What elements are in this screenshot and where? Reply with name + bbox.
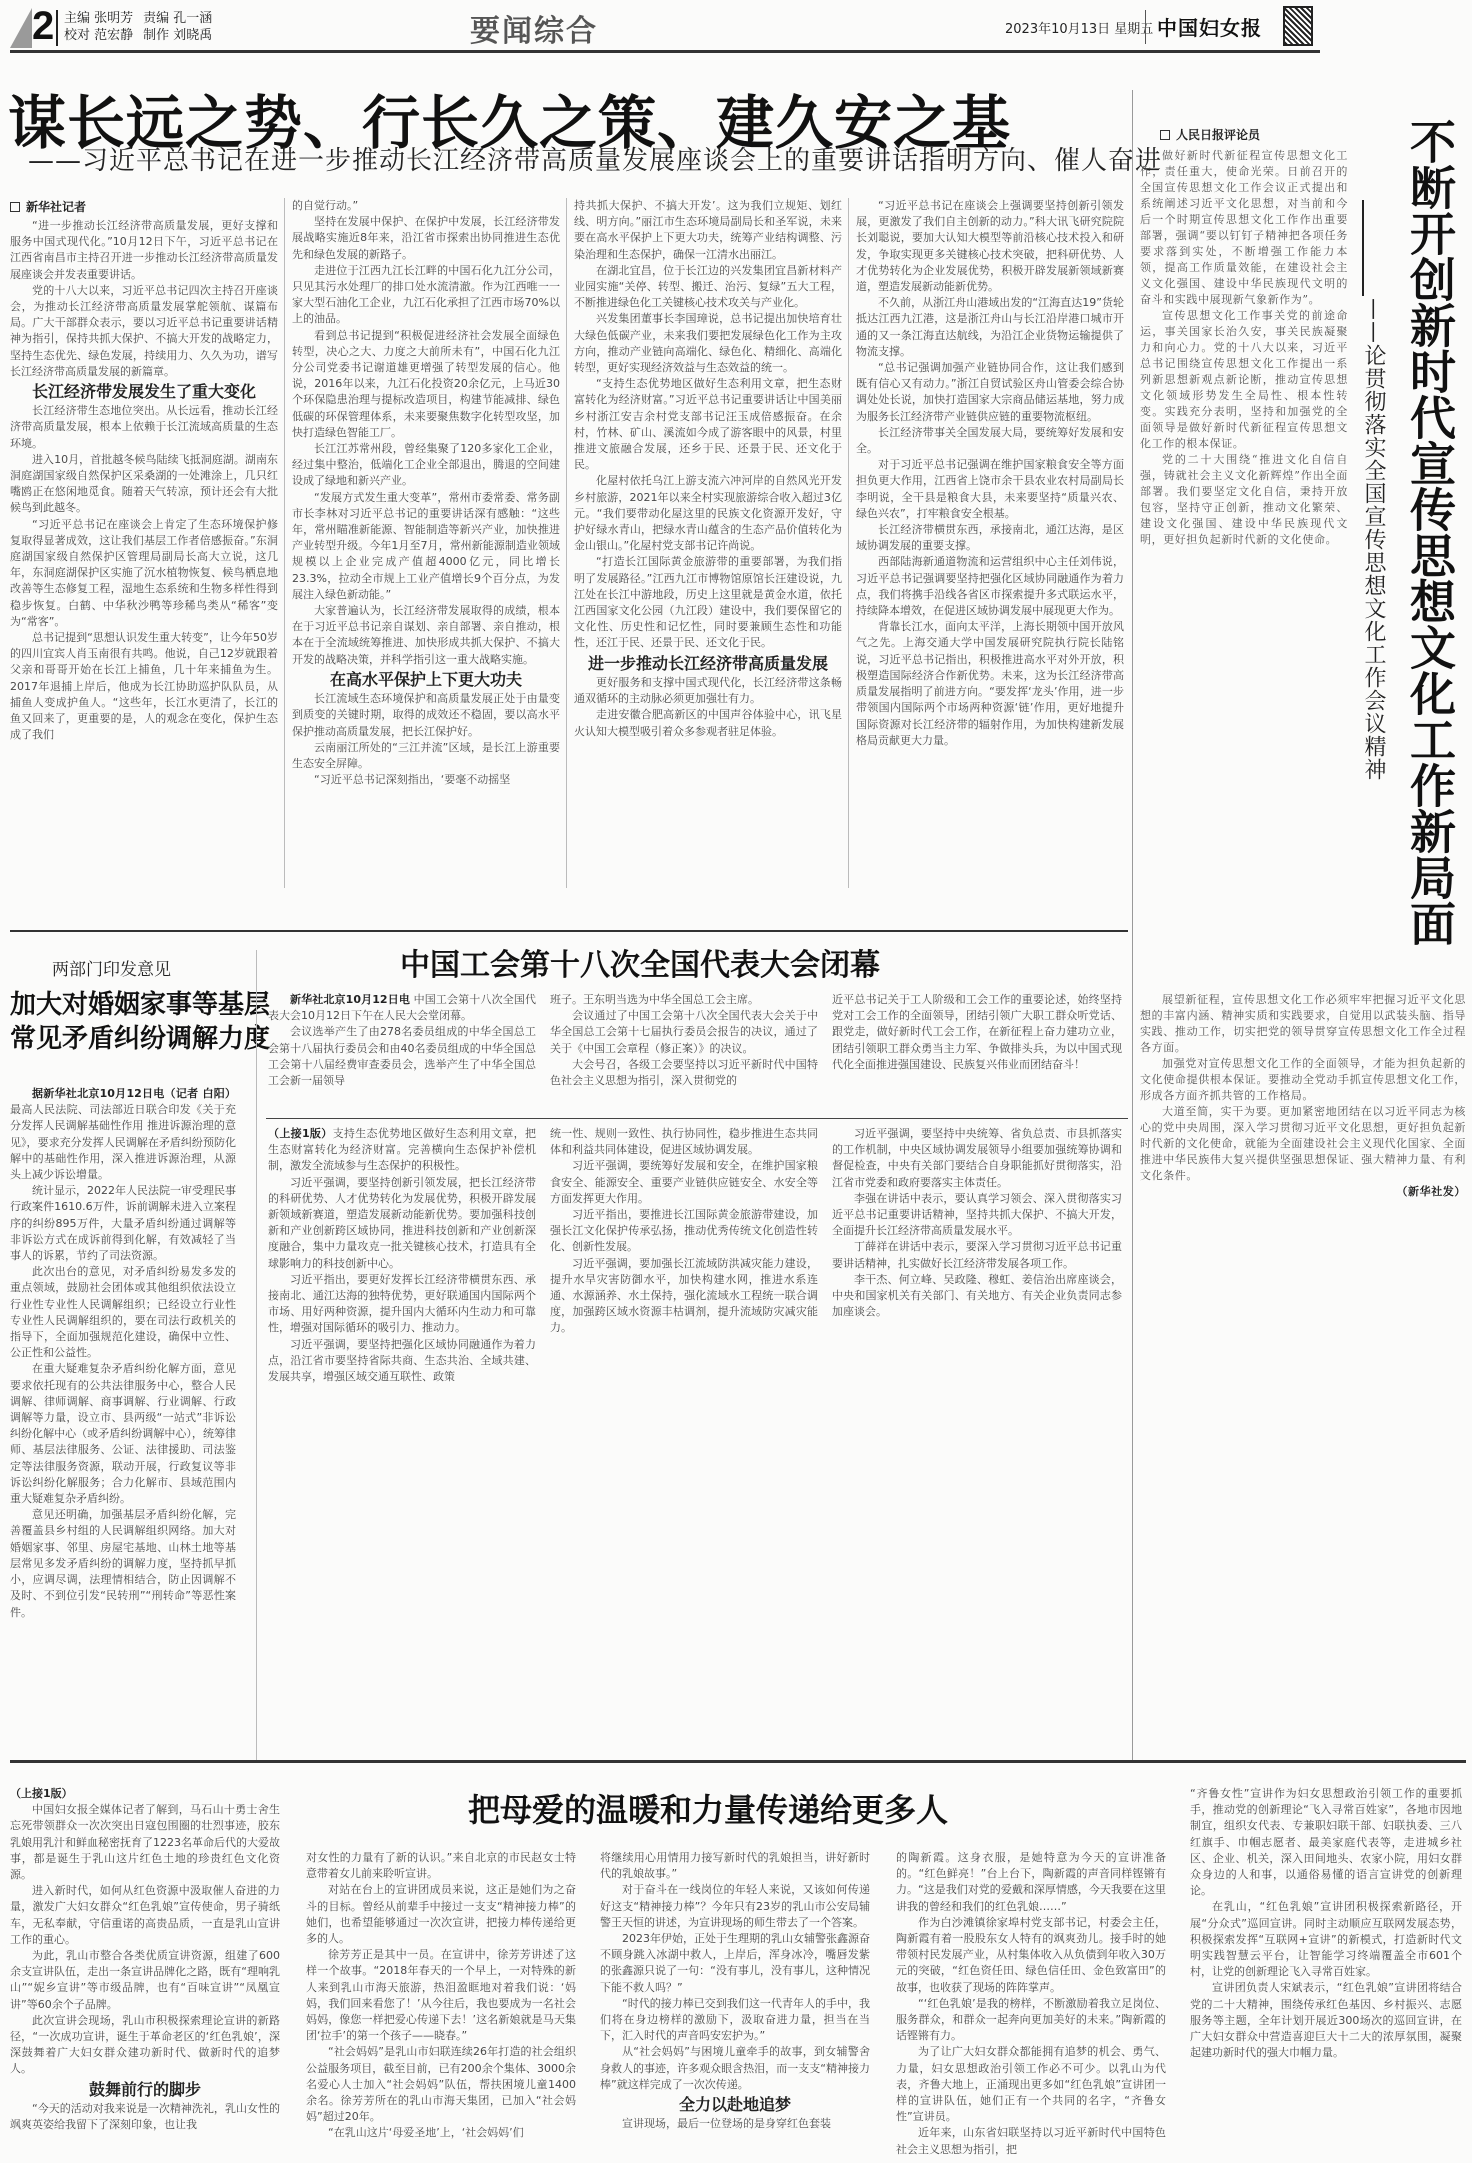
mediation-kicker: 两部门印发意见 [52,955,171,980]
paragraph: “打造长江国际黄金旅游带的重要部署，为我们指明了发展路径。”江西九江市博物馆原馆… [574,554,842,651]
lead-column-2: 的自觉行动。” 坚持在发展中保护、在保护中发展，长江经济带发展战略实施近8年来，… [292,198,560,888]
paragraph: 走进位于江西九江长江畔的中国石化九江分公司，只见其污水处理厂的排口处水流清澈。作… [292,263,560,328]
staff-credits: 主编 张明芳责编 孔一涵 校对 范宏静制作 刘晓禹 [64,10,324,44]
paragraph: 此次宣讲会现场，乳山市积极探索理论宣讲的新路径，“一次成功宣讲，诞生于革命老区的… [10,2013,280,2078]
paragraph: 做好新时代新征程宣传思想文化工作，责任重大，使命光荣。日前召开的全国宣传思想文化… [1140,148,1348,308]
union-column-1: 新华社北京10月12日电 中国工会第十八次全国代表大会10月12日下午在人民大会… [268,992,536,1112]
subtitle-dash [1362,200,1364,296]
paragraph: “总书记强调加强产业链协同合作，这让我们感到既有信心又有动力。”浙江自贸试验区舟… [856,360,1124,425]
paragraph: 宣讲现场，最后一位登场的是身穿红色套装 [600,2116,870,2132]
paragraph: 对于习近平总书记强调在维护国家粮食安全等方面担负更大作用，江西省上饶市余干县农业… [856,457,1124,522]
women-column-5: “齐鲁女性”宣讲作为妇女思想政治引领工作的重要抓手，推动党的创新理论“飞入寻常百… [1190,1786,1462,2163]
women-column-1: （上接1版） 中国妇女报全媒体记者了解到，马石山十勇士舍生忘死带领群众一次次突出… [10,1786,280,2163]
paragraph: 会议选举产生了由278名委员组成的中华全国总工会第十八届执行委员会和由40名委员… [268,1024,536,1089]
section-subhead: 全力以赴地追梦 [600,2097,870,2113]
page-number-badge: 2 [10,8,54,48]
paragraph: “发展方式发生重大变革”，常州市委常委、常务副市长李林对习近平总书记的重要讲话深… [292,490,560,603]
paragraph: “社会妈妈”是乳山市妇联连续26年打造的社会组织公益服务项目，截至目前，已有20… [306,2044,576,2125]
paragraph: 习近平强调，要统筹好发展和安全，在维护国家粮食安全、能源安全、重要产业链供应链安… [550,1158,818,1207]
lead-column-4: “习近平总书记在座谈会上强调要坚持创新引领发展，更激发了我们自主创新的动力。”科… [856,198,1124,888]
paragraph: 丁薛祥在讲话中表示，要深入学习贯彻习近平总书记重要讲话精神，扎实做好长江经济带发… [832,1239,1122,1271]
paragraph: 走进安徽合肥高新区的中国声谷体验中心，讯飞星火认知大模型吸引着众多参观者驻足体验… [574,707,842,739]
paragraph: 对站在台上的宣讲团成员来说，这正是她们为之奋斗的目标。曾经从前辈手中接过一支支“… [306,1882,576,1947]
lead-column-3: 持共抓大保护、不搞大开发’。这为我们立规矩、划红线、明方向。”丽江市生态环境局副… [574,198,842,888]
staff-producer: 制作 刘晓禹 [143,28,212,43]
paragraph: 持共抓大保护、不搞大开发’。这为我们立规矩、划红线、明方向。”丽江市生态环境局副… [574,198,842,263]
union-headline: 中国工会第十八次全国代表大会闭幕 [400,940,880,984]
paragraph: 习近平强调，要坚持创新引领发展，把长江经济带的科研优势、人才优势转化为发展优势，… [268,1175,536,1272]
paragraph: 展望新征程，宣传思想文化工作必须牢牢把握习近平文化思想的丰富内涵、精神实质和实践… [1140,992,1466,1056]
paragraph: 坚持在发展中保护、在保护中发展，长江经济带发展战略实施近8年来，沿江省市探索出协… [292,214,560,263]
continued-label: （上接1版） [10,1786,280,1802]
paragraph: “‘红色乳娘’是我的榜样，不断激励着我立足岗位、服务群众，和群众一起奔向更加美好… [896,1996,1166,2045]
section-subhead: 长江经济带发展发生了重大变化 [10,384,278,400]
section-rule [266,1118,1128,1119]
commentary-column-bottom: 展望新征程，宣传思想文化工作必须牢牢把握习近平文化思想的丰富内涵、精神实质和实践… [1140,992,1466,1712]
commentary-source: （新华社发） [1140,1184,1466,1200]
paragraph: “齐鲁女性”宣讲作为妇女思想政治引领工作的重要抓手，推动党的创新理论“飞入寻常百… [1190,1786,1462,1899]
paragraph: 加强党对宣传思想文化工作的全面领导，才能为担负起新的文化使命提供根本保证。要推动… [1140,1056,1466,1104]
paragraph: 班子。王东明当选为中华全国总工会主席。 [550,992,818,1008]
paragraph: 化屋村依托乌江上游支流六冲河岸的自然风光开发乡村旅游，2021年以来全村实现旅游… [574,473,842,554]
paragraph: 兴发集团董事长李国璋说，总书记提出加快培育壮大绿色低碳产业，未来我们要把发展绿色… [574,311,842,376]
paragraph: 在湖北宜昌，位于长江边的兴发集团宜昌新材料产业园实施“关停、转型、搬迁、治污、复… [574,263,842,312]
paragraph: 会议通过了中国工会第十八次全国代表大会关于中华全国总工会第十七届执行委员会报告的… [550,1008,818,1057]
masthead: 2 主编 张明芳责编 孔一涵 校对 范宏静制作 刘晓禹 要闻综合 2023年10… [0,0,1472,52]
paragraph: 看到总书记提到“积极促进经济社会发展全面绿色转型，决心之大、力度之大前所未有”，… [292,328,560,441]
commentary-title: 不断开创新时代宣传思想文化工作新局面 [1395,118,1459,946]
paragraph: 习近平强调，要坚持把强化区域协同融通作为着力点，沿江省市要坚持省际共商、生态共治… [268,1337,536,1386]
staff-editor-in-chief: 主编 张明芳 [64,11,133,26]
paragraph: 宣传思想文化工作事关党的前途命运，事关国家长治久安，事关民族凝聚力和向心力。党的… [1140,308,1348,452]
paragraph: “进一步推动长江经济带高质量发展，更好支撑和服务中国式现代化。”10月12日下午… [10,218,278,283]
mediation-headline: 加大对婚姻家事等基层 常见矛盾纠纷调解力度 [10,988,280,1056]
paragraph: 习近平指出，要更好发挥长江经济带横贯东西、承接南北、通江达海的独特优势，更好联通… [268,1272,536,1337]
paragraph: 背靠长江水，面向太平洋，上海长期领中国开放风气之先。上海交通大学中国发展研究院执… [856,619,1124,749]
paragraph: 习近平指出，要推进长江国际黄金旅游带建设，加强长江文化保护传承弘扬，推动优秀传统… [550,1207,818,1256]
paragraph: 此次出台的意见，对矛盾纠纷易发多发的重点领域，鼓励社会团体或其他组织依法设立行业… [10,1264,236,1361]
masthead-divider [1145,10,1146,44]
paragraph: 党的十八大以来，习近平总书记四次主持召开座谈会，为推动长江经济带高质量发展掌舵领… [10,283,278,380]
continued-column-2: 统一性、规则一致性、执行协同性，稳步推进生态共同体和利益共同体建设，促进区域协调… [550,1126,818,1758]
women-headline: 把母爱的温暖和力量传递给更多人 [468,1785,948,1831]
paragraph: 党的二十大围绕“推进文化自信自强，铸就社会主义文化新辉煌”作出全面部署。我们要坚… [1140,452,1348,548]
paragraph: 李干杰、何立峰、吴政隆、穆虹、姜信治出席座谈会，中央和国家机关有关部门、有关地方… [832,1272,1122,1321]
paragraph: 长江江苏常州段，曾经集聚了120多家化工企业，经过集中整治，低端化工企业全部退出… [292,441,560,490]
paragraph: 对于奋斗在一线岗位的年轻人来说，又该如何传递好这支“精神接力棒”？今年只有23岁… [600,1882,870,1931]
byline-text: 新华社记者 [26,200,86,214]
paragraph: 最高人民法院、司法部近日联合印发《关于充分发挥人民调解基础性作用 推进诉源治理的… [10,1103,236,1181]
paragraph: 意见还明确，加强基层矛盾纠纷化解，完善覆盖县乡村组的人民调解组织网络。加大对婚姻… [10,1507,236,1620]
page-corner-decoration [10,8,32,48]
women-column-3: 将继续用心用情用力接写新时代的乳娘担当，讲好新时代的乳娘故事。” 对于奋斗在一线… [600,1850,870,2163]
union-dateline: 新华社北京10月12日电 [290,993,410,1006]
paragraph: 的陶新霞。这身衣服，是她特意为今天的宣讲准备的。“红色鲜亮！”台上台下，陶新霞的… [896,1850,1166,1915]
paragraph: 西部陆海新通道物流和运营组织中心主任刘伟说，习近平总书记强调要坚持把强化区域协同… [856,554,1124,619]
byline-box-icon [1160,130,1170,140]
commentary-column-top: 做好新时代新征程宣传思想文化工作，责任重大，使命光荣。日前召开的全国宣传思想文化… [1140,148,1348,988]
mediation-dateline: 据新华社北京10月12日电（记者 白阳） [32,1087,236,1100]
paragraph: “支持生态优势地区做好生态利用文章，把生态财富转化为经济财富。”习近平总书记重要… [574,376,842,473]
paragraph: 在重大疑难复杂矛盾纠纷化解方面，意见要求依托现有的公共法律服务中心，整合人民调解… [10,1361,236,1507]
issue-date: 2023年10月13日 星期五 [1005,18,1153,37]
mediation-body: 据新华社北京10月12日电（记者 白阳）最高人民法院、司法部近日联合印发《关于充… [10,1086,236,1756]
paragraph: 李强在讲话中表示，要认真学习领会、深入贯彻落实习近平总书记重要讲话精神，坚持共抓… [832,1191,1122,1240]
paragraph: 大会号召，各级工会要坚持以习近平新时代中国特色社会主义思想为指引，深入贯彻党的 [550,1057,818,1089]
section-rule [10,930,1128,932]
paragraph: 大家普遍认为，长江经济带发展取得的成绩，根本在于习近平总书记亲自谋划、亲自部署、… [292,603,560,668]
paragraph: 大道至简，实干为要。更加紧密地团结在以习近平同志为核心的党中央周围，深入学习贯彻… [1140,1104,1466,1184]
women-column-4: 的陶新霞。这身衣服，是她特意为今天的宣讲准备的。“红色鲜亮！”台上台下，陶新霞的… [896,1850,1166,2163]
paragraph: “时代的接力棒已交到我们这一代青年人的手中，我们将在身边榜样的激励下，汲取奋进力… [600,1996,870,2045]
continued-column-1: （上接1版）支持生态优势地区做好生态利用文章，把生态财富转化为经济财富。完善横向… [268,1126,536,1758]
paragraph: 云南丽江所处的“三江并流”区域，是长江上游重要生态安全屏障。 [292,740,560,772]
paragraph: “习近平总书记在座谈会上强调要坚持创新引领发展，更激发了我们自主创新的动力。”科… [856,198,1124,295]
headline-line-2: 常见矛盾纠纷调解力度 [10,1022,280,1056]
paragraph: 更好服务和支撑中国式现代化，长江经济带这条畅通双循环的主动脉必须更加强壮有力。 [574,675,842,707]
qr-code-icon[interactable] [1283,6,1313,46]
paragraph: 对女性的力量有了新的认识。”来自北京的市民赵女士特意带着女儿前来聆听宣讲。 [306,1850,576,1882]
paragraph: 近年来，山东省妇联坚持以习近平新时代中国特色社会主义思想为指引，把 [896,2125,1166,2157]
paragraph: 长江流域生态环境保护和高质量发展正处于由量变到质变的关键时期，取得的成效还不稳固… [292,691,560,740]
paragraph: 长江经济带横贯东西，承接南北，通江达海，是区域协调发展的重要支撑。 [856,522,1124,554]
paragraph: 进入10月，首批越冬候鸟陆续飞抵洞庭湖。湖南东洞庭湖国家级自然保护区采桑湖的一处… [10,452,278,517]
paragraph: 为了让广大妇女群众都能拥有追梦的机会、勇气、力量，妇女思想政治引领工作必不可少。… [896,2044,1166,2125]
paragraph: 中国妇女报全媒体记者了解到，马石山十勇士舍生忘死带领群众一次次突出日寇包围圈的壮… [10,1802,280,1883]
paragraph: 为此，乳山市整合各类优质宣讲资源，组建了600余支宣讲队伍，走出一条宣讲品牌化之… [10,1948,280,2013]
paragraph: 的自觉行动。” [292,198,560,214]
paragraph: 近平总书记关于工人阶级和工会工作的重要论述，始终坚持党对工会工作的全面领导，团结… [832,992,1122,1073]
lead-byline: 新华社记者 [10,198,86,215]
paragraph: 进入新时代，如何从红色资源中汲取催人奋进的力量，激发广大妇女群众“红色乳娘”宣传… [10,1883,280,1948]
paragraph: 2023年伊始，正处于生理期的乳山女辅警张鑫源奋不顾身跳入冰湖中救人，上岸后，浑… [600,1931,870,1996]
paragraph: 作为白沙滩镇徐家埠村党支部书记，村委会主任，陶新霞有着一股股东女人特有的飒爽劲儿… [896,1915,1166,1996]
masthead-rule [10,50,1320,53]
section-subhead: 进一步推动长江经济带高质量发展 [574,656,842,672]
paragraph: 在乳山，“红色乳娘”宣讲团积极探索新路径，开展“分众式”巡回宣讲。同时主动顺应互… [1190,1899,1462,1980]
staff-proofreader: 校对 范宏静 [64,28,133,43]
byline-box-icon [10,202,20,212]
paragraph: 总书记提到“思想认识发生重大转变”，让今年50岁的四川宜宾人肖玉南很有共鸣。他说… [10,630,278,743]
paragraph: 长江经济带事关全国发展大局，要统筹好发展和安全。 [856,425,1124,457]
lead-column-1: “进一步推动长江经济带高质量发展，更好支撑和服务中国式现代化。”10月12日下午… [10,218,278,878]
paragraph: 统一性、规则一致性、执行协同性，稳步推进生态共同体和利益共同体建设，促进区域协调… [550,1126,818,1158]
paragraph: 长江经济带生态地位突出。从长远看，推动长江经济带高质量发展，根本上依赖于长江流域… [10,403,278,452]
column-divider [256,950,257,1760]
paragraph: “今天的活动对我来说是一次精神洗礼，乳山女性的飒爽英姿给我留下了深刻印象，也让我 [10,2101,280,2133]
section-rule [10,1760,1466,1763]
section-subhead: 鼓舞前行的脚步 [10,2082,280,2098]
masthead-separator [56,10,58,46]
paragraph: 从“社会妈妈”与困境儿童牵手的故事，到女辅警舍身救人的事迹，许多观众眼含热泪，而… [600,2044,870,2093]
paragraph: 习近平强调，要坚持中央统筹、省负总责、市县抓落实的工作机制，中央区域协调发展领导… [832,1126,1122,1191]
paragraph: “习近平总书记在座谈会上肯定了生态环境保护修复取得显著成效，这让我们基层工作者倍… [10,517,278,630]
paragraph: 徐芳芳正是其中一员。在宣讲中，徐芳芳讲述了这样一个故事。“2018年春天的一个早… [306,1947,576,2044]
continued-label: （上接1版） [268,1127,333,1140]
section-subhead: 在高水平保护上下更大功夫 [292,672,560,688]
paragraph: 统计显示，2022年人民法院一审受理民事行政案件1610.6万件，诉前调解未进入… [10,1183,236,1264]
staff-responsible-editor: 责编 孔一涵 [143,11,212,26]
headline-line-1: 加大对婚姻家事等基层 [10,988,280,1022]
union-column-3: 近平总书记关于工人阶级和工会工作的重要论述，始终坚持党对工会工作的全面领导，团结… [832,992,1122,1112]
column-divider [284,198,285,888]
continued-column-3: 习近平强调，要坚持中央统筹、省负总责、市县抓落实的工作机制，中央区域协调发展领导… [832,1126,1122,1758]
section-title: 要闻综合 [470,6,598,50]
paragraph: 不久前，从浙江舟山港域出发的“江海直达19”货轮抵达江西九江港，这是浙江舟山与长… [856,295,1124,360]
paragraph: 习近平强调，要加强长江流域防洪减灾能力建设，提升水旱灾害防御水平，加快构建水网，… [550,1256,818,1337]
page-number: 2 [32,4,54,49]
column-divider [848,198,849,888]
paragraph: 宣讲团负责人宋斌表示，“红色乳娘”宣讲团将结合党的二十大精神，围绕传承红色基因、… [1190,1980,1462,2061]
byline-text: 人民日报评论员 [1176,128,1260,142]
column-divider [566,198,567,888]
paragraph: “在乳山这片‘母爱圣地’上，‘社会妈妈’们 [306,2125,576,2141]
commentary-divider [1132,90,1133,1760]
paragraph: 将继续用心用情用力接写新时代的乳娘担当，讲好新时代的乳娘故事。” [600,1850,870,1882]
women-column-2: 对女性的力量有了新的认识。”来自北京的市民赵女士特意带着女儿前来聆听宣讲。 对站… [306,1850,576,2163]
paragraph: “习近平总书记深刻指出，‘要毫不动摇坚 [292,772,560,788]
commentary-subtitle: ——论贯彻落实全国宣传思想文化工作会议精神 [1352,298,1388,781]
union-column-2: 班子。王东明当选为中华全国总工会主席。 会议通过了中国工会第十八次全国代表大会关… [550,992,818,1112]
lead-subheadline: ——习近平总书记在进一步推动长江经济带高质量发展座谈会上的重要讲话指明方向、催人… [28,140,1128,177]
commentary-byline: 人民日报评论员 [1160,126,1260,143]
newspaper-logo: 中国妇女报 [1157,12,1262,41]
